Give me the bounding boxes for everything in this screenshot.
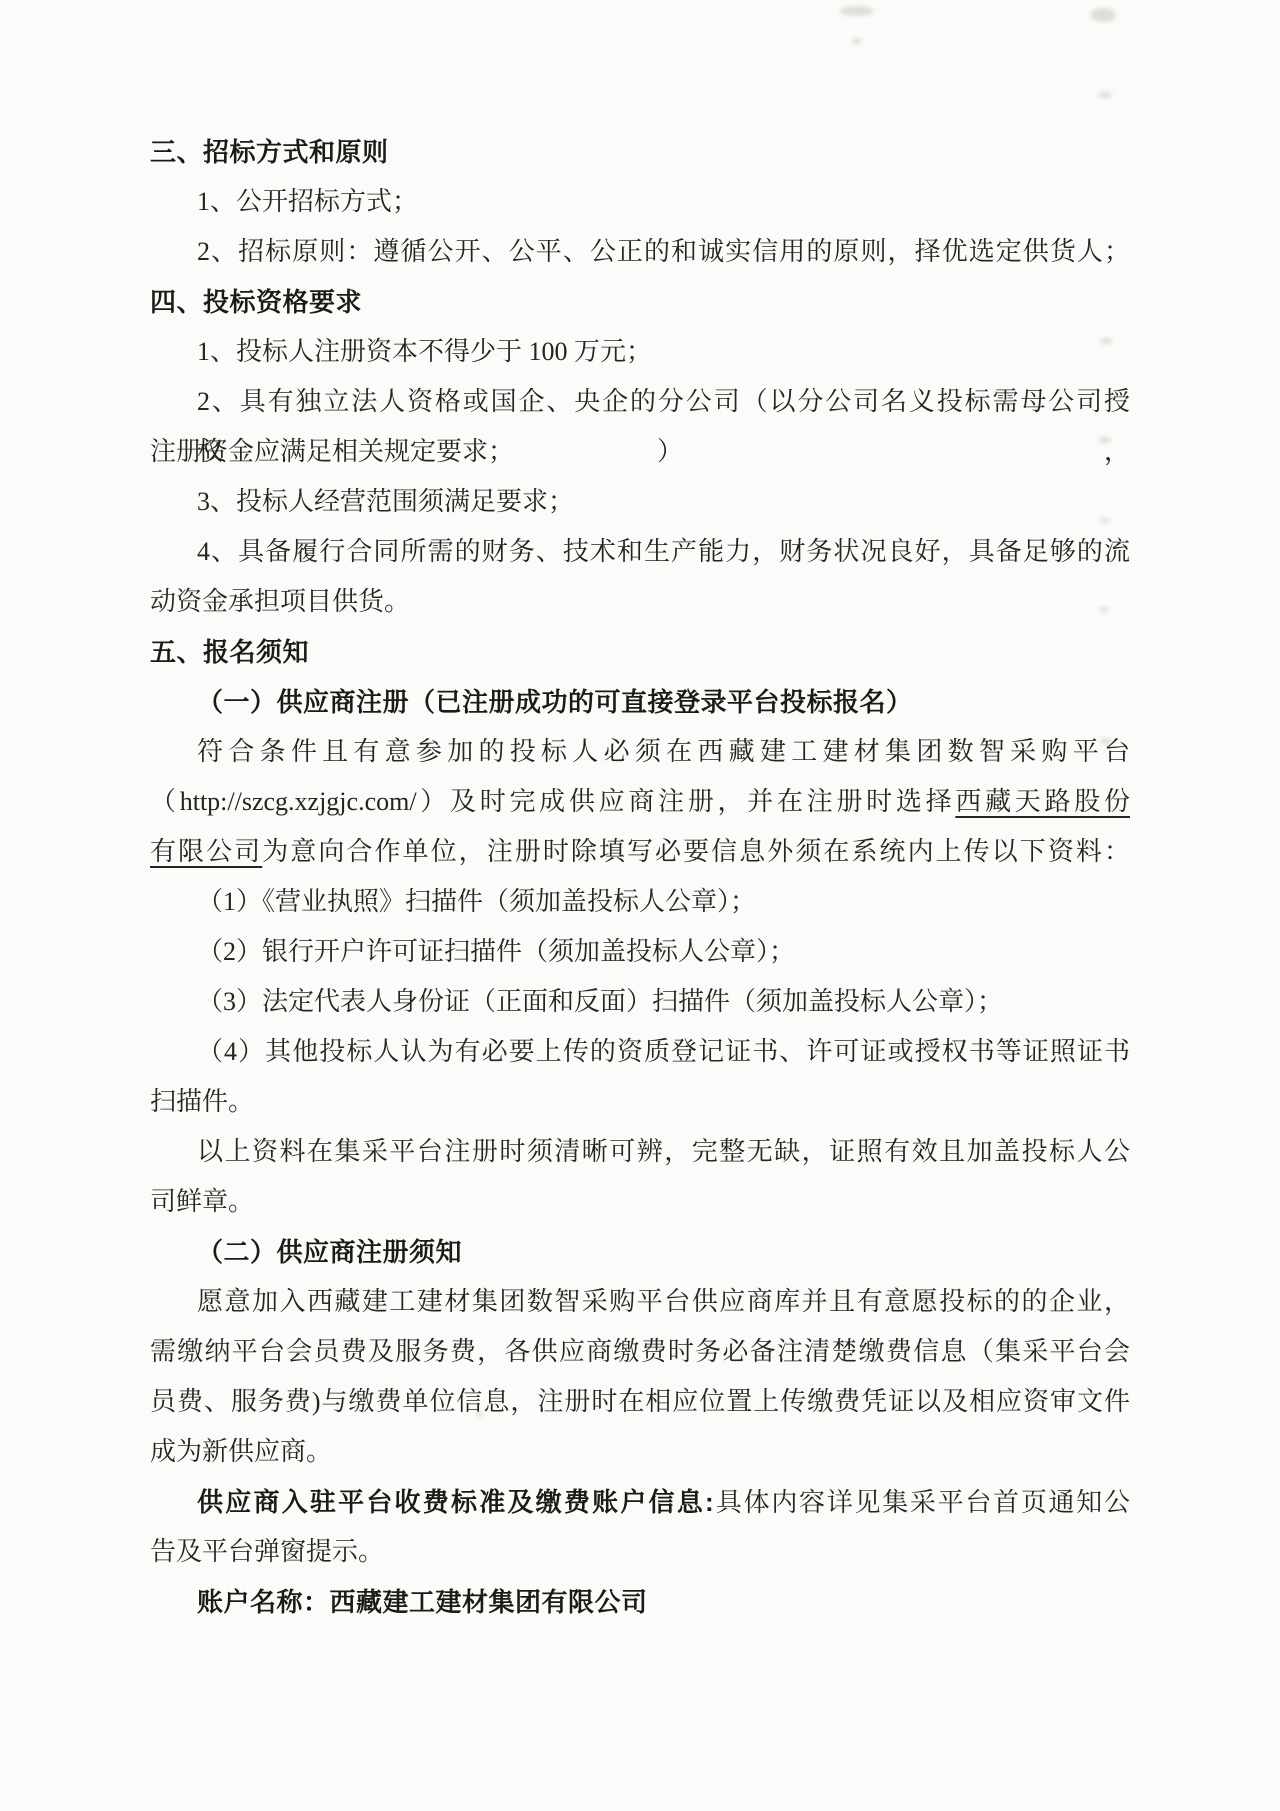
underlined-text: 西藏天路股份 <box>955 787 1130 816</box>
body-text: 注册资金应满足相关规定要求； <box>150 437 514 466</box>
text-line: 扫描件。 <box>150 1077 1130 1127</box>
body-text: 需缴纳平台会员费及服务费，各供应商缴费时务必备注清楚缴费信息（集采平台会 <box>150 1337 1130 1366</box>
body-text: 1、投标人注册资本不得少于 100 万元； <box>197 337 652 366</box>
text-line: 有限公司为意向合作单位，注册时除填写必要信息外须在系统内上传以下资料： <box>150 827 1130 877</box>
text-line: 2、招标原则：遵循公开、公平、公正的和诚实信用的原则，择优选定供货人； <box>150 227 1130 277</box>
text-line: 五、报名须知 <box>150 627 1130 677</box>
text-line: 符合条件且有意参加的投标人必须在西藏建工建材集团数智采购平台 <box>150 727 1130 777</box>
text-line: 供应商入驻平台收费标准及缴费账户信息:具体内容详见集采平台首页通知公 <box>150 1477 1130 1527</box>
bold-heading-text: 五、报名须知 <box>150 637 309 667</box>
body-text: 愿意加入西藏建工建材集团数智采购平台供应商库并且有意愿投标的的企业， <box>197 1287 1130 1316</box>
text-line: （一）供应商注册（已注册成功的可直接登录平台投标报名） <box>150 677 1130 727</box>
bold-heading-text: 供应商入驻平台收费标准及缴费账户信息: <box>197 1487 714 1517</box>
bold-heading-text: 四、投标资格要求 <box>150 287 362 317</box>
text-line: （4）其他投标人认为有必要上传的资质登记证书、许可证或授权书等证照证书 <box>150 1027 1130 1077</box>
text-line: （2）银行开户许可证扫描件（须加盖投标人公章）； <box>150 927 1130 977</box>
scan-artifact <box>852 38 862 44</box>
text-line: 2、具有独立法人资格或国企、央企的分公司（以分公司名义投标需母公司授权）， <box>150 377 1130 427</box>
body-text: 4、具备履行合同所需的财务、技术和生产能力，财务状况良好，具备足够的流 <box>197 537 1130 566</box>
scan-artifact <box>840 6 874 16</box>
body-text: 具体内容详见集采平台首页通知公 <box>714 1488 1130 1517</box>
bold-heading-text: （二）供应商注册须知 <box>197 1237 462 1267</box>
text-line: 四、投标资格要求 <box>150 277 1130 327</box>
body-text: 成为新供应商。 <box>150 1437 332 1466</box>
text-line: 员费、服务费)与缴费单位信息，注册时在相应位置上传缴费凭证以及相应资审文件 <box>150 1377 1130 1427</box>
text-line: （http://szcg.xzjgjc.com/）及时完成供应商注册，并在注册时… <box>150 777 1130 827</box>
text-line: 动资金承担项目供货。 <box>150 577 1130 627</box>
text-line: 成为新供应商。 <box>150 1427 1130 1477</box>
text-line: （3）法定代表人身份证（正面和反面）扫描件（须加盖投标人公章）； <box>150 977 1130 1027</box>
body-text: 司鲜章。 <box>150 1187 254 1216</box>
text-line: 告及平台弹窗提示。 <box>150 1527 1130 1577</box>
body-text: （4）其他投标人认为有必要上传的资质登记证书、许可证或授权书等证照证书 <box>197 1037 1130 1066</box>
body-text: 告及平台弹窗提示。 <box>150 1537 384 1566</box>
text-line: 3、投标人经营范围须满足要求； <box>150 477 1130 527</box>
body-text: 1、公开招标方式； <box>197 187 418 216</box>
body-text: 员费、服务费)与缴费单位信息，注册时在相应位置上传缴费凭证以及相应资审文件 <box>150 1387 1130 1416</box>
scanned-document-page: 三、招标方式和原则1、公开招标方式；2、招标原则：遵循公开、公平、公正的和诚实信… <box>0 0 1280 1811</box>
text-line: 司鲜章。 <box>150 1177 1130 1227</box>
body-text: 符合条件且有意参加的投标人必须在西藏建工建材集团数智采购平台 <box>197 737 1130 766</box>
body-text: （1）《营业执照》扫描件（须加盖投标人公章）； <box>197 887 756 916</box>
body-text: 2、招标原则：遵循公开、公平、公正的和诚实信用的原则，择优选定供货人； <box>197 237 1130 266</box>
underlined-text: 有限公司 <box>150 837 262 866</box>
text-line: 账户名称：西藏建工建材集团有限公司 <box>150 1577 1130 1627</box>
document-body: 三、招标方式和原则1、公开招标方式；2、招标原则：遵循公开、公平、公正的和诚实信… <box>150 127 1130 1627</box>
body-text: （3）法定代表人身份证（正面和反面）扫描件（须加盖投标人公章）； <box>197 987 1003 1016</box>
text-line: （1）《营业执照》扫描件（须加盖投标人公章）； <box>150 877 1130 927</box>
body-text: 3、投标人经营范围须满足要求； <box>197 487 574 516</box>
bold-heading-text: 三、招标方式和原则 <box>150 137 389 167</box>
scan-artifact <box>1090 8 1116 22</box>
body-text: 动资金承担项目供货。 <box>150 587 410 616</box>
text-line: 1、投标人注册资本不得少于 100 万元； <box>150 327 1130 377</box>
body-text: 以上资料在集采平台注册时须清晰可辨，完整无缺，证照有效且加盖投标人公 <box>197 1137 1130 1166</box>
text-line: 需缴纳平台会员费及服务费，各供应商缴费时务必备注清楚缴费信息（集采平台会 <box>150 1327 1130 1377</box>
scan-artifact <box>1098 92 1112 98</box>
body-text: （2）银行开户许可证扫描件（须加盖投标人公章）； <box>197 937 795 966</box>
body-text: （http://szcg.xzjgjc.com/）及时完成供应商注册，并在注册时… <box>150 787 955 816</box>
bold-heading-text: 账户名称：西藏建工建材集团有限公司 <box>197 1587 648 1617</box>
text-line: （二）供应商注册须知 <box>150 1227 1130 1277</box>
text-line: 三、招标方式和原则 <box>150 127 1130 177</box>
text-line: 以上资料在集采平台注册时须清晰可辨，完整无缺，证照有效且加盖投标人公 <box>150 1127 1130 1177</box>
body-text: 为意向合作单位，注册时除填写必要信息外须在系统内上传以下资料： <box>262 837 1130 866</box>
text-line: 愿意加入西藏建工建材集团数智采购平台供应商库并且有意愿投标的的企业， <box>150 1277 1130 1327</box>
bold-heading-text: （一）供应商注册（已注册成功的可直接登录平台投标报名） <box>197 687 913 717</box>
text-line: 1、公开招标方式； <box>150 177 1130 227</box>
text-line: 4、具备履行合同所需的财务、技术和生产能力，财务状况良好，具备足够的流 <box>150 527 1130 577</box>
body-text: 扫描件。 <box>150 1087 254 1116</box>
